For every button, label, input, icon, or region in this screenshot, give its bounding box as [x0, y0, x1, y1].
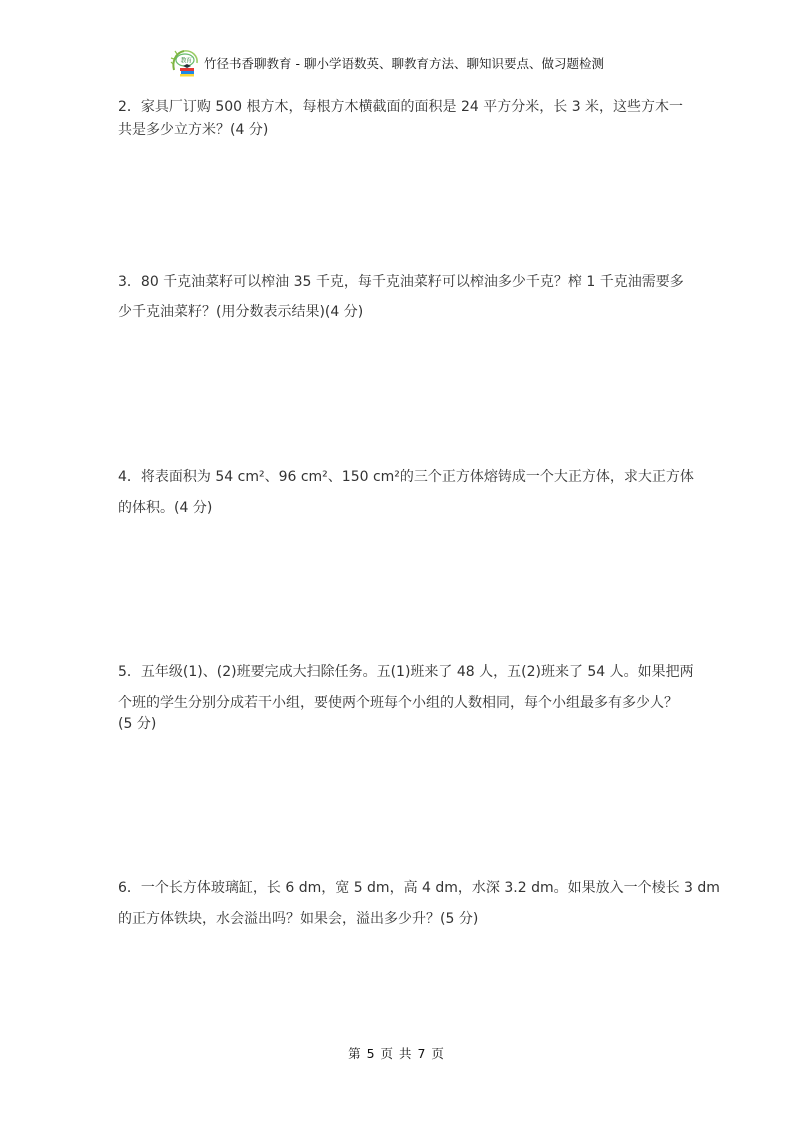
book-stack-logo-icon: 教 育 — [170, 48, 200, 78]
question-text-line: 少千克油菜籽？(用分数表示结果)(4 分) — [118, 303, 363, 321]
question-text-line: 共是多少立方米？(4 分) — [118, 121, 268, 139]
question-text-line: (5 分) — [118, 715, 156, 733]
question-text-line: 2．家具厂订购 500 根方木，每根方木横截面的面积是 24 平方分米，长 3 … — [118, 98, 683, 116]
page-number-footer: 第 5 页 共 7 页 — [0, 1044, 793, 1062]
page-header: 教 育 竹径书香聊教育 - 聊小学语数英、聊教育方法、聊知识要点、做习题检测 — [170, 48, 604, 78]
question-text-line: 的体积。(4 分) — [118, 499, 212, 517]
question-text-line: 个班的学生分别分成若干小组，要使两个班每个小组的人数相同，每个小组最多有多少人？ — [118, 694, 678, 712]
header-tagline: 竹径书香聊教育 - 聊小学语数英、聊教育方法、聊知识要点、做习题检测 — [204, 54, 604, 72]
question-text-line: 的正方体铁块，水会溢出吗？如果会，溢出多少升？(5 分) — [118, 910, 478, 928]
question-text-line: 6．一个长方体玻璃缸，长 6 dm，宽 5 dm，高 4 dm，水深 3.2 d… — [118, 879, 720, 897]
question-text-line: 3．80 千克油菜籽可以榨油 35 千克，每千克油菜籽可以榨油多少千克？榨 1 … — [118, 273, 684, 291]
svg-text:育: 育 — [186, 57, 192, 65]
question-text-line: 5．五年级(1)、(2)班要完成大扫除任务。五(1)班来了 48 人，五(2)班… — [118, 663, 694, 681]
question-text-line: 4．将表面积为 54 cm²、96 cm²、150 cm²的三个正方体熔铸成一个… — [118, 468, 694, 486]
